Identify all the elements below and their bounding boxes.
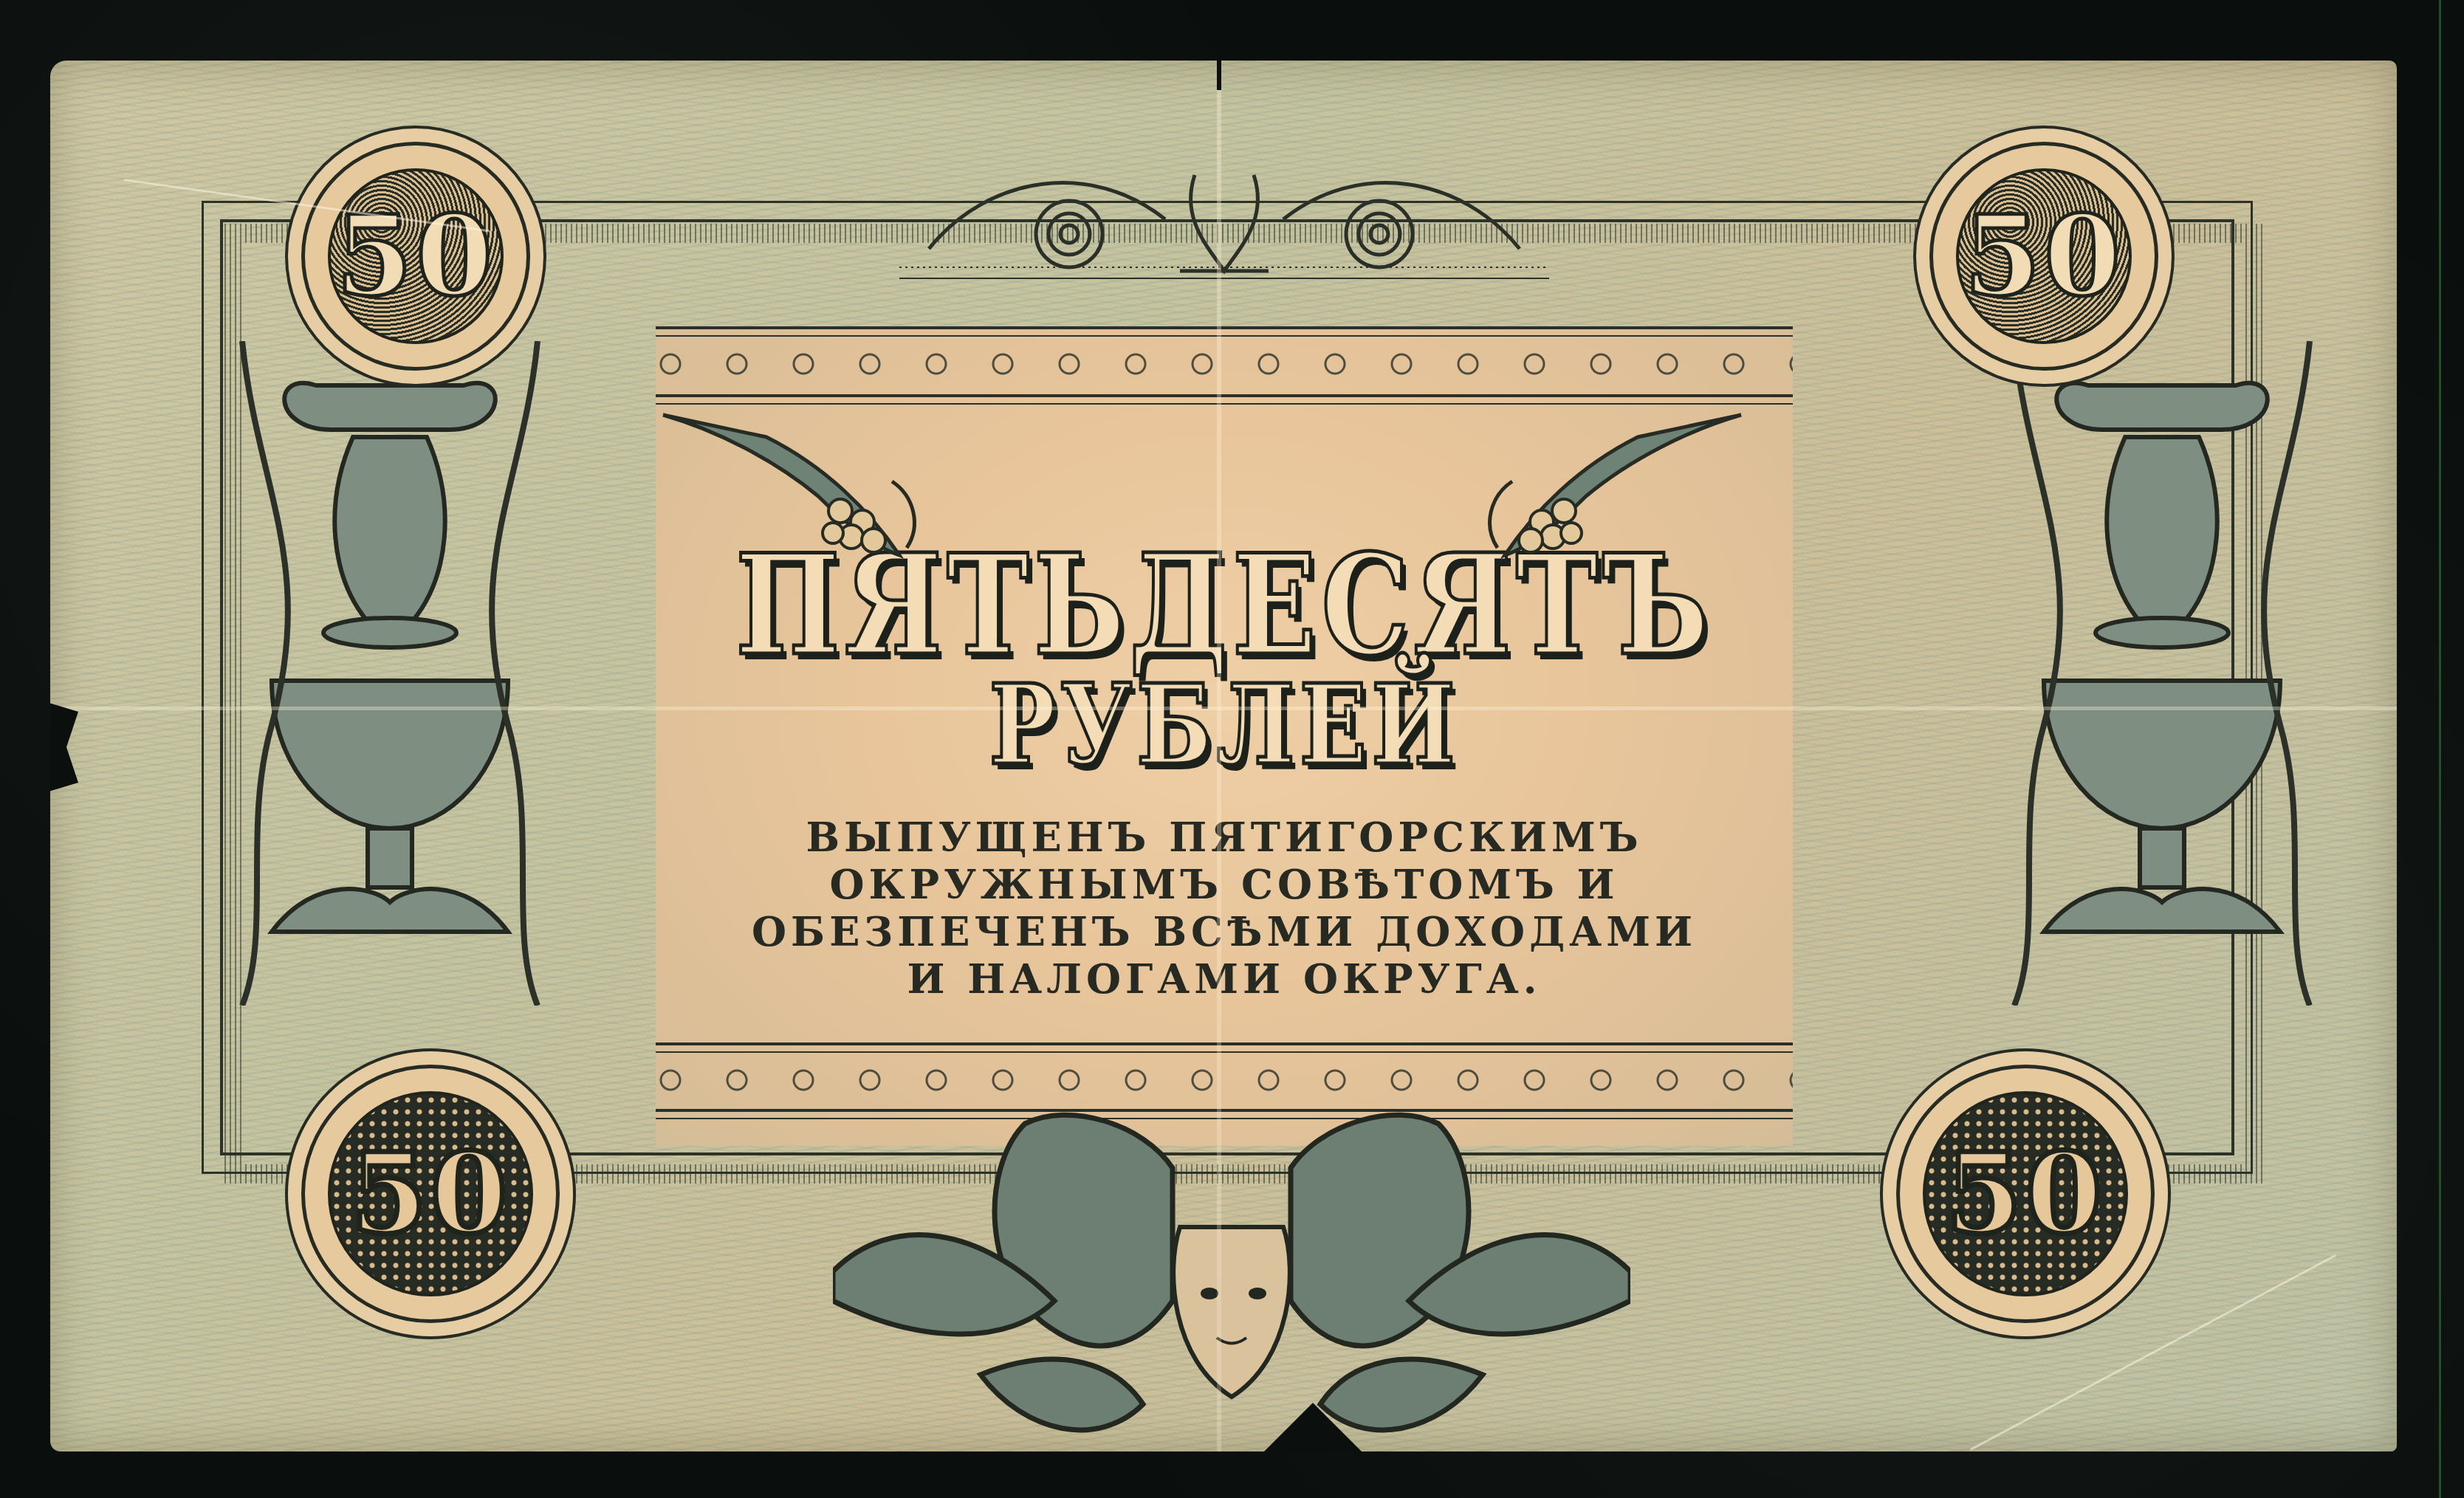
banknote: ПЯТЬДЕСЯТЪ РУБЛЕЙ ВЫПУЩЕНЪ ПЯТИГОРСКИМЪ …: [50, 61, 2397, 1451]
denomination-medallion-bottom-left: 50: [301, 1065, 560, 1323]
cornucopia-right-icon: [1468, 400, 1749, 570]
urn-left-ornament: [227, 341, 552, 1006]
medallion-pattern: 50: [1923, 1091, 2128, 1296]
denomination-medallion-top-left: 50: [301, 142, 530, 371]
issuance-text: ВЫПУЩЕНЪ ПЯТИГОРСКИМЪ ОКРУЖНЫМЪ СОВѢТОМЪ…: [656, 814, 1793, 1003]
medallion-pattern: 50: [328, 1091, 533, 1296]
medallion-pattern: 50: [1956, 168, 2132, 344]
issuance-line-3: ОБЕЗПЕЧЕНЪ ВСѢМИ ДОХОДАМИ: [656, 908, 1793, 955]
denomination-medallion-bottom-right: 50: [1896, 1065, 2155, 1323]
denomination-numeral: 50: [336, 201, 496, 312]
horizontal-fold: [50, 707, 2397, 710]
panel-top-rule: [656, 326, 1793, 337]
left-edge-tear: [50, 703, 78, 791]
issuance-line-4: И НАЛОГАМИ ОКРУГА.: [656, 955, 1793, 1003]
medallion-pattern: 50: [328, 168, 504, 344]
panel-top-scrollwork: [656, 338, 1793, 390]
headline-currency: РУБЛЕЙ: [656, 660, 1793, 790]
scanner-artifact-line: [2439, 0, 2441, 1498]
panel-bottom-rule: [656, 1042, 1793, 1053]
issuance-line-2: ОКРУЖНЫМЪ СОВѢТОМЪ И: [656, 861, 1793, 908]
winged-mask-ornament: [833, 1079, 1630, 1451]
denomination-numeral: 50: [1946, 1138, 2106, 1249]
cornucopia-left-icon: [656, 400, 936, 570]
denomination-numeral: 50: [351, 1138, 511, 1249]
denomination-medallion-top-right: 50: [1929, 142, 2158, 371]
denomination-numeral: 50: [1964, 201, 2124, 312]
vertical-fold: [1217, 61, 1221, 1451]
issuance-line-1: ВЫПУЩЕНЪ ПЯТИГОРСКИМЪ: [656, 814, 1793, 861]
urn-right-ornament: [2000, 341, 2324, 1006]
